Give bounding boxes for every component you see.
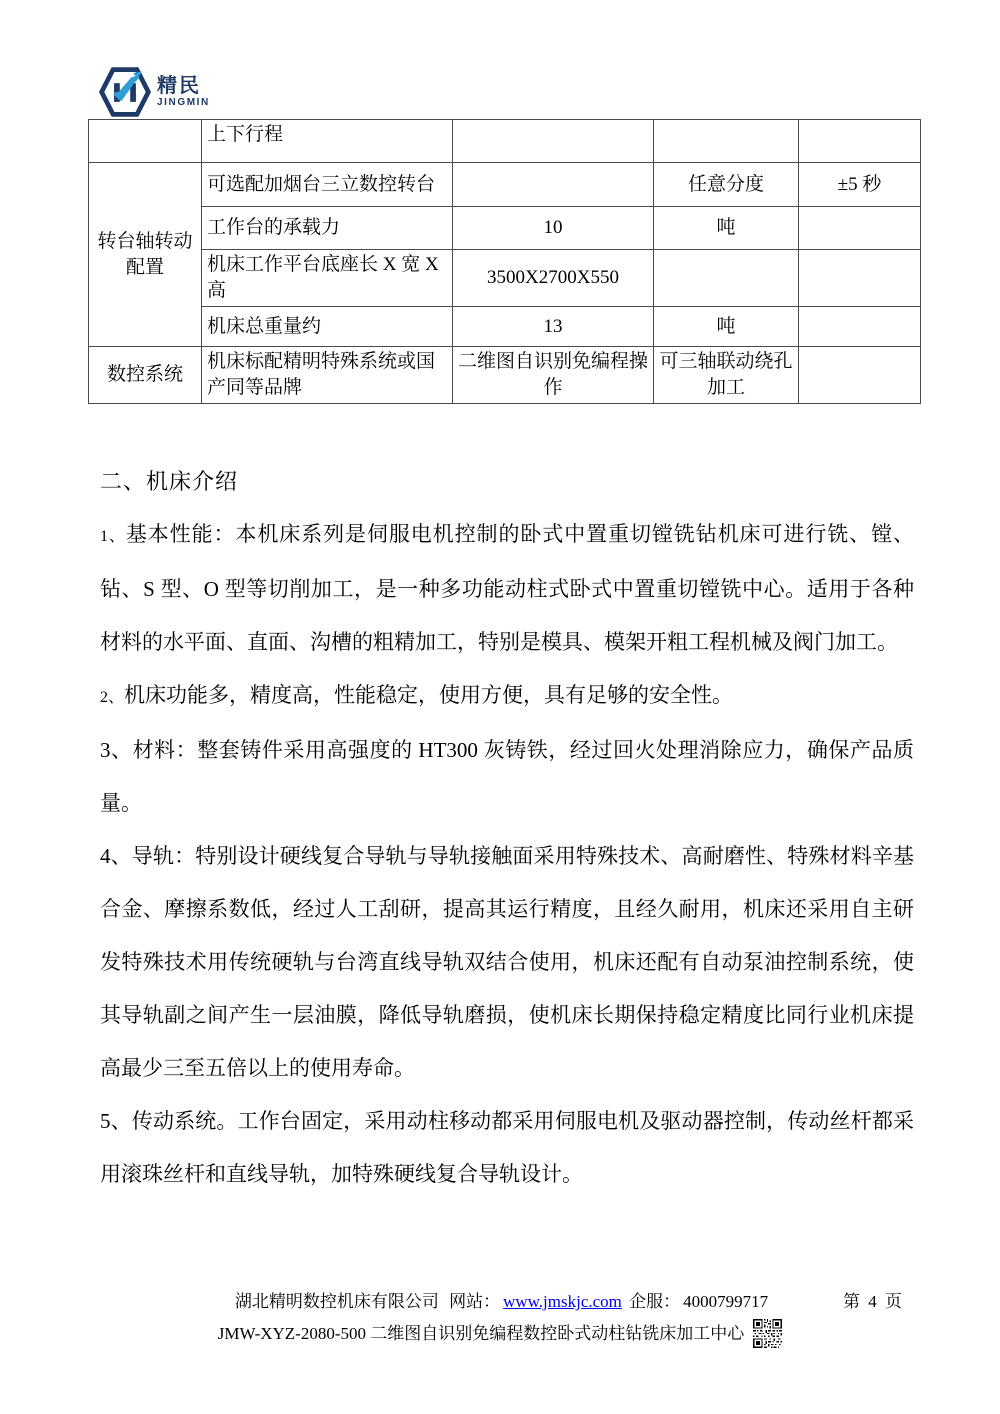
table-cell-empty (453, 163, 654, 207)
table-cell-empty (453, 120, 654, 163)
company-name: 湖北精明数控机床有限公司 (235, 1292, 439, 1311)
logo-text: 精民 JINGMIN (157, 76, 210, 108)
cell-total-weight-label: 机床总重量约 (202, 307, 453, 347)
paragraph-functions: 2、机床功能多，精度高，性能稳定，使用方便，具有足够的安全性。 (100, 669, 914, 724)
table-row: 上下行程 (89, 120, 921, 163)
row-header-rotary-axis-config: 转台轴转动配置 (89, 163, 202, 347)
paragraph-transmission: 5、传动系统。工作台固定，采用动柱移动都采用伺服电机及驱动器控制，传动丝杆都采用… (100, 1095, 914, 1201)
paragraph-text: 导轨：特别设计硬线复合导轨与导轨接触面采用特殊技术、高耐磨性、特殊材料辛基合金、… (100, 844, 914, 1080)
table-row: 机床工作平台底座长 X 宽 X 高 3500X2700X550 (89, 250, 921, 307)
paragraph-text: 机床功能多，精度高，性能稳定，使用方便，具有足够的安全性。 (124, 683, 733, 707)
paragraph-number: 1、 (100, 528, 126, 545)
document-page: 精民 JINGMIN 上下行程 转台轴转动配置 可选配加烟台三立数控转台 任意分… (0, 0, 1000, 1414)
paragraph-text: 基本性能：本机床系列是伺服电机控制的卧式中置重切镗铣钻机床可进行铣、镗、钻、S … (100, 522, 914, 654)
website-link[interactable]: www.jmskjc.com (503, 1292, 622, 1311)
table-cell-empty (799, 307, 921, 347)
cell-worktable-load-value: 10 (453, 207, 654, 250)
cell-cnc-standard-system: 机床标配精明特殊系统或国产同等品牌 (202, 347, 453, 404)
logo-hexagon-icon (98, 66, 152, 118)
paragraph-number: 4、 (100, 844, 132, 868)
cell-total-weight-value: 13 (453, 307, 654, 347)
paragraph-guideways: 4、导轨：特别设计硬线复合导轨与导轨接触面采用特殊技术、高耐磨性、特殊材料辛基合… (100, 830, 914, 1095)
cell-worktable-load-label: 工作台的承载力 (202, 207, 453, 250)
qr-code-icon (753, 1319, 782, 1348)
page-number: 第 4 页 (843, 1286, 904, 1317)
paragraph-number: 3、 (100, 738, 133, 762)
paragraph-basic-performance: 1、基本性能：本机床系列是伺服电机控制的卧式中置重切镗铣钻机床可进行铣、镗、钻、… (100, 508, 914, 669)
service-phone: 4000799717 (683, 1292, 768, 1311)
website-label: 网站： (449, 1292, 500, 1311)
footer-line-1: 湖北精明数控机床有限公司 网站：www.jmskjc.com 企服：400079… (0, 1286, 1000, 1317)
cell-platform-base-value: 3500X2700X550 (453, 250, 654, 307)
cell-plusminus-5s: ±5 秒 (799, 163, 921, 207)
service-label: 企服： (629, 1292, 680, 1311)
table-cell-empty (799, 250, 921, 307)
cell-optional-rotary-table: 可选配加烟台三立数控转台 (202, 163, 453, 207)
spec-table: 上下行程 转台轴转动配置 可选配加烟台三立数控转台 任意分度 ±5 秒 工作台的… (88, 119, 921, 404)
table-cell-empty (654, 120, 799, 163)
brand-name-en: JINGMIN (157, 98, 210, 108)
table-cell-empty (799, 207, 921, 250)
table-row: 工作台的承载力 10 吨 (89, 207, 921, 250)
section-heading: 二、机床介绍 (100, 455, 914, 508)
paragraph-number: 2、 (100, 689, 124, 706)
footer-line-2: JMW-XYZ-2080-500 二维图自识别免编程数控卧式动柱钻铣床加工中心 (0, 1318, 1000, 1349)
table-cell-empty (89, 120, 202, 163)
table-cell-empty (799, 120, 921, 163)
table-row: 转台轴转动配置 可选配加烟台三立数控转台 任意分度 ±5 秒 (89, 163, 921, 207)
model-description: JMW-XYZ-2080-500 二维图自识别免编程数控卧式动柱钻铣床加工中心 (218, 1318, 745, 1349)
cell-total-weight-unit: 吨 (654, 307, 799, 347)
table-cell-empty (799, 347, 921, 404)
paragraph-text: 材料：整套铸件采用高强度的 HT300 灰铸铁，经过回火处理消除应力，确保产品质… (100, 738, 914, 815)
cell-worktable-load-unit: 吨 (654, 207, 799, 250)
intro-section: 二、机床介绍 1、基本性能：本机床系列是伺服电机控制的卧式中置重切镗铣钻机床可进… (100, 455, 914, 1201)
brand-logo: 精民 JINGMIN (98, 66, 210, 118)
paragraph-material: 3、材料：整套铸件采用高强度的 HT300 灰铸铁，经过回火处理消除应力，确保产… (100, 724, 914, 830)
row-header-cnc-system: 数控系统 (89, 347, 202, 404)
paragraph-text: 传动系统。工作台固定，采用动柱移动都采用伺服电机及驱动器控制，传动丝杆都采用滚珠… (100, 1109, 914, 1186)
cell-updown-stroke: 上下行程 (202, 120, 453, 163)
page-footer: 湖北精明数控机床有限公司 网站：www.jmskjc.com 企服：400079… (0, 1286, 1000, 1349)
cell-3axis-linkage: 可三轴联动绕孔加工 (654, 347, 799, 404)
table-row: 数控系统 机床标配精明特殊系统或国产同等品牌 二维图自识别免编程操作 可三轴联动… (89, 347, 921, 404)
cell-platform-base-label: 机床工作平台底座长 X 宽 X 高 (202, 250, 453, 307)
cell-2d-auto-recognition: 二维图自识别免编程操作 (453, 347, 654, 404)
table-cell-empty (654, 250, 799, 307)
brand-name-cn: 精民 (157, 76, 210, 96)
table-row: 机床总重量约 13 吨 (89, 307, 921, 347)
paragraph-number: 5、 (100, 1109, 132, 1133)
cell-any-indexing: 任意分度 (654, 163, 799, 207)
